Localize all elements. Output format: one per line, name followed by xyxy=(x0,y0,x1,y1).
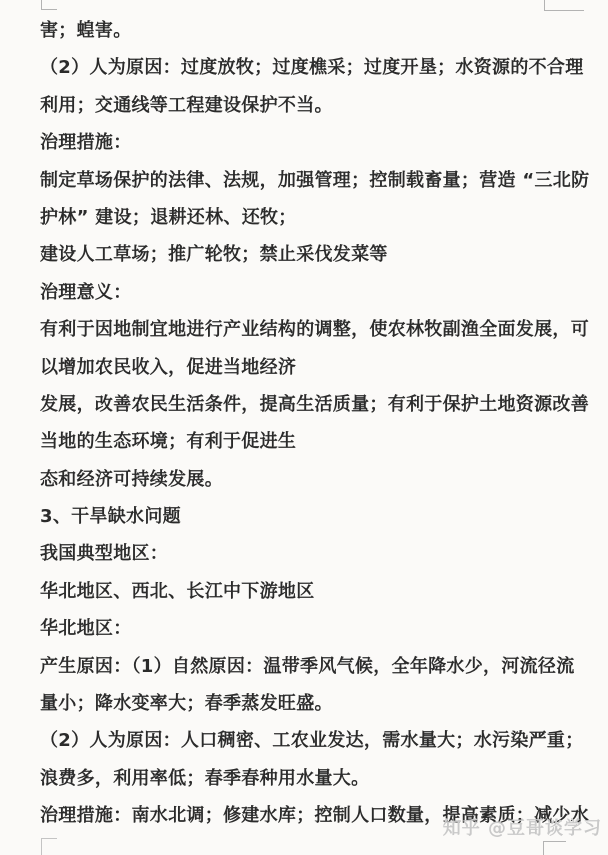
text-line: 量小；降水变率大；春季蒸发旺盛。 xyxy=(40,685,590,722)
text-line: 华北地区： xyxy=(40,610,590,647)
document-page: 害；蝗害。 （2）人为原因：过度放牧；过度樵采；过度开垦；水资源的不合理 利用；… xyxy=(0,0,608,855)
text-line: 害；蝗害。 xyxy=(40,12,590,49)
text-line: 当地的生态环境；有利于促进生 xyxy=(40,423,590,460)
text-block: 害；蝗害。 （2）人为原因：过度放牧；过度樵采；过度开垦；水资源的不合理 利用；… xyxy=(40,12,590,835)
text-line: 利用；交通线等工程建设保护不当。 xyxy=(40,87,590,124)
page-corner-mark-top-right xyxy=(544,0,584,11)
text-line: 浪费多，利用率低；春季春种用水量大。 xyxy=(40,760,590,797)
text-line: 建设人工草场；推广轮牧；禁止采伐发菜等 xyxy=(40,236,590,273)
text-line: 华北地区、西北、长江中下游地区 xyxy=(40,573,590,610)
text-line: 制定草场保护的法律、法规，加强管理；控制载畜量；营造 “三北防 xyxy=(40,162,590,199)
text-line-heading: 3、干旱缺水问题 xyxy=(40,498,590,535)
text-line: 态和经济可持续发展。 xyxy=(40,461,590,498)
text-line-heading: 治理措施： xyxy=(40,124,590,161)
page-corner-mark-top-left xyxy=(41,0,57,10)
text-line: 发展，改善农民生活条件，提高生活质量；有利于保护土地资源改善 xyxy=(40,386,590,423)
text-line-heading: 治理意义： xyxy=(40,274,590,311)
text-line: 护林” 建设；退耕还林、还牧； xyxy=(40,199,590,236)
page-corner-mark-bottom-right xyxy=(543,841,566,855)
text-line: 我国典型地区： xyxy=(40,535,590,572)
text-line: （2）人为原因：过度放牧；过度樵采；过度开垦；水资源的不合理 xyxy=(40,49,590,86)
text-line: 以增加农民收入，促进当地经济 xyxy=(40,349,590,386)
watermark-zhihu: 知乎 @豆哥谈学习 xyxy=(443,814,602,840)
text-line: 产生原因：（1）自然原因：温带季风气候，全年降水少，河流径流 xyxy=(40,648,590,685)
page-corner-mark-bottom-left xyxy=(41,838,57,855)
text-line: （2）人为原因：人口稠密、工农业发达，需水量大；水污染严重； xyxy=(40,722,590,759)
text-line: 有利于因地制宜地进行产业结构的调整，使农林牧副渔全面发展，可 xyxy=(40,311,590,348)
